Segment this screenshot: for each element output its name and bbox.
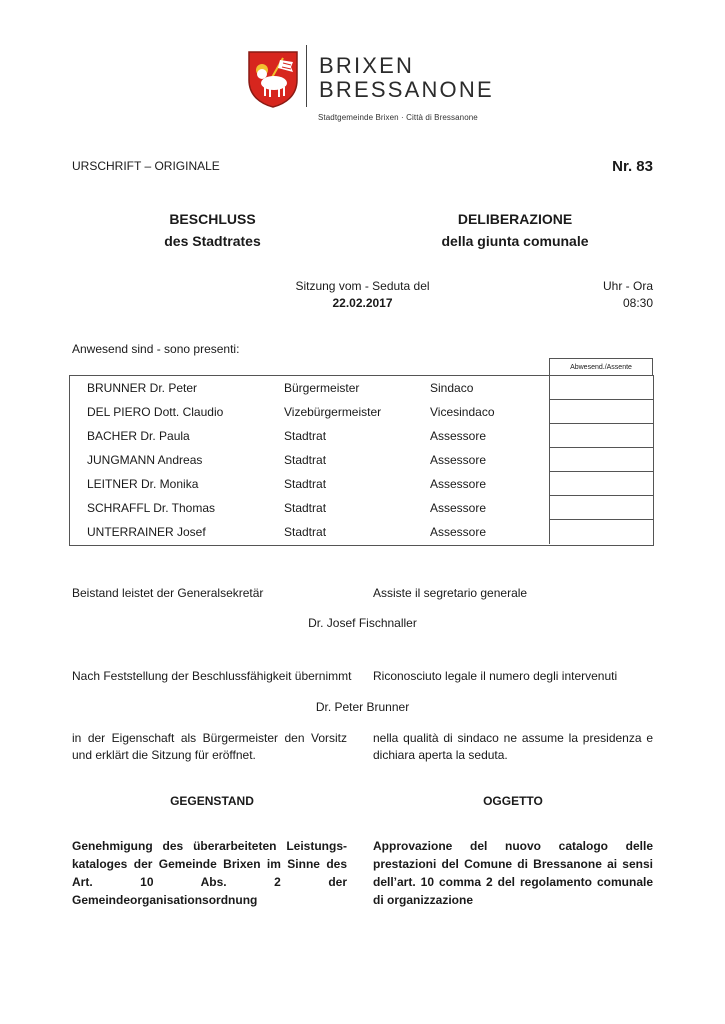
title-italian-line2: della giunta comunale — [400, 230, 630, 252]
absent-cell — [549, 496, 653, 520]
title-german-line1: BESCHLUSS — [110, 208, 315, 230]
logo-subtitle: Stadtgemeinde Brixen · Città di Bressano… — [318, 113, 478, 122]
absent-cell — [549, 400, 653, 424]
absent-cell — [549, 520, 653, 544]
chair-label-german: Nach Feststellung der Beschlussfähigkeit… — [72, 669, 351, 683]
logo-text-brixen: BRIXEN — [319, 53, 414, 79]
session-date: 22.02.2017 — [280, 295, 445, 312]
session-time-label: Uhr - Ora — [603, 278, 653, 295]
member-name: DEL PIERO Dott. Claudio — [87, 400, 223, 424]
copy-type-label: URSCHRIFT – ORIGINALE — [72, 159, 220, 173]
member-role-italian: Assessore — [430, 472, 486, 496]
secretary-label-german: Beistand leistet der Generalsekretär — [72, 586, 263, 600]
member-role-german: Stadtrat — [284, 424, 326, 448]
subject-text-italian: Approvazione del nuovo catalogo delle pr… — [373, 837, 653, 909]
secretary-name: Dr. Josef Fischnaller — [0, 616, 725, 630]
secretary-label-italian: Assiste il segretario generale — [373, 586, 527, 600]
title-german: BESCHLUSS des Stadtrates — [110, 208, 315, 252]
coat-of-arms-lamb-icon — [247, 50, 299, 108]
member-name: JUNGMANN Andreas — [87, 448, 202, 472]
chair-text-german: in der Eigenschaft als Bürgermeister den… — [72, 730, 347, 764]
member-name: LEITNER Dr. Monika — [87, 472, 198, 496]
member-role-german: Stadtrat — [284, 472, 326, 496]
chair-text-italian: nella qualità di sindaco ne assume la pr… — [373, 730, 653, 764]
member-role-german: Stadtrat — [284, 520, 326, 544]
title-german-line2: des Stadtrates — [110, 230, 315, 252]
member-name: BRUNNER Dr. Peter — [87, 376, 197, 400]
member-role-german: Stadtrat — [284, 496, 326, 520]
absent-column-header: Abwesend./Assente — [549, 358, 653, 375]
absent-cell — [549, 472, 653, 496]
table-row: DEL PIERO Dott. Claudio Vizebürgermeiste… — [70, 400, 653, 424]
table-row: BACHER Dr. Paula Stadtrat Assessore — [70, 424, 653, 448]
table-row: UNTERRAINER Josef Stadtrat Assessore — [70, 520, 653, 544]
member-role-italian: Assessore — [430, 424, 486, 448]
member-role-italian: Assessore — [430, 448, 486, 472]
resolution-number: Nr. 83 — [612, 158, 653, 175]
member-role-italian: Assessore — [430, 520, 486, 544]
absent-cell — [549, 376, 653, 400]
member-role-italian: Vicesindaco — [430, 400, 495, 424]
session-time-block: Uhr - Ora 08:30 — [603, 278, 653, 312]
member-role-italian: Sindaco — [430, 376, 473, 400]
title-italian: DELIBERAZIONE della giunta comunale — [400, 208, 630, 252]
table-row: JUNGMANN Andreas Stadtrat Assessore — [70, 448, 653, 472]
attendance-table: BRUNNER Dr. Peter Bürgermeister Sindaco … — [69, 375, 654, 546]
chair-name: Dr. Peter Brunner — [0, 700, 725, 714]
subject-label-italian: OGGETTO — [373, 794, 653, 808]
session-time: 08:30 — [603, 295, 653, 312]
logo-divider — [306, 45, 307, 107]
chair-label-italian: Riconosciuto legale il numero degli inte… — [373, 669, 617, 683]
table-row: SCHRAFFL Dr. Thomas Stadtrat Assessore — [70, 496, 653, 520]
logo-text-bressanone: BRESSANONE — [319, 77, 494, 103]
member-name: SCHRAFFL Dr. Thomas — [87, 496, 215, 520]
session-date-block: Sitzung vom - Seduta del 22.02.2017 — [280, 278, 445, 312]
member-role-german: Bürgermeister — [284, 376, 359, 400]
absent-cell — [549, 424, 653, 448]
subject-text-german: Genehmigung des überarbeiteten Leistungs… — [72, 837, 347, 909]
member-role-german: Vizebürgermeister — [284, 400, 381, 424]
attendance-label: Anwesend sind - sono presenti: — [72, 342, 239, 356]
member-role-german: Stadtrat — [284, 448, 326, 472]
title-italian-line1: DELIBERAZIONE — [400, 208, 630, 230]
subject-label-german: GEGENSTAND — [72, 794, 352, 808]
member-role-italian: Assessore — [430, 496, 486, 520]
member-name: UNTERRAINER Josef — [87, 520, 206, 544]
table-row: BRUNNER Dr. Peter Bürgermeister Sindaco — [70, 376, 653, 400]
member-name: BACHER Dr. Paula — [87, 424, 190, 448]
table-row: LEITNER Dr. Monika Stadtrat Assessore — [70, 472, 653, 496]
absent-cell — [549, 448, 653, 472]
session-date-label: Sitzung vom - Seduta del — [280, 278, 445, 295]
